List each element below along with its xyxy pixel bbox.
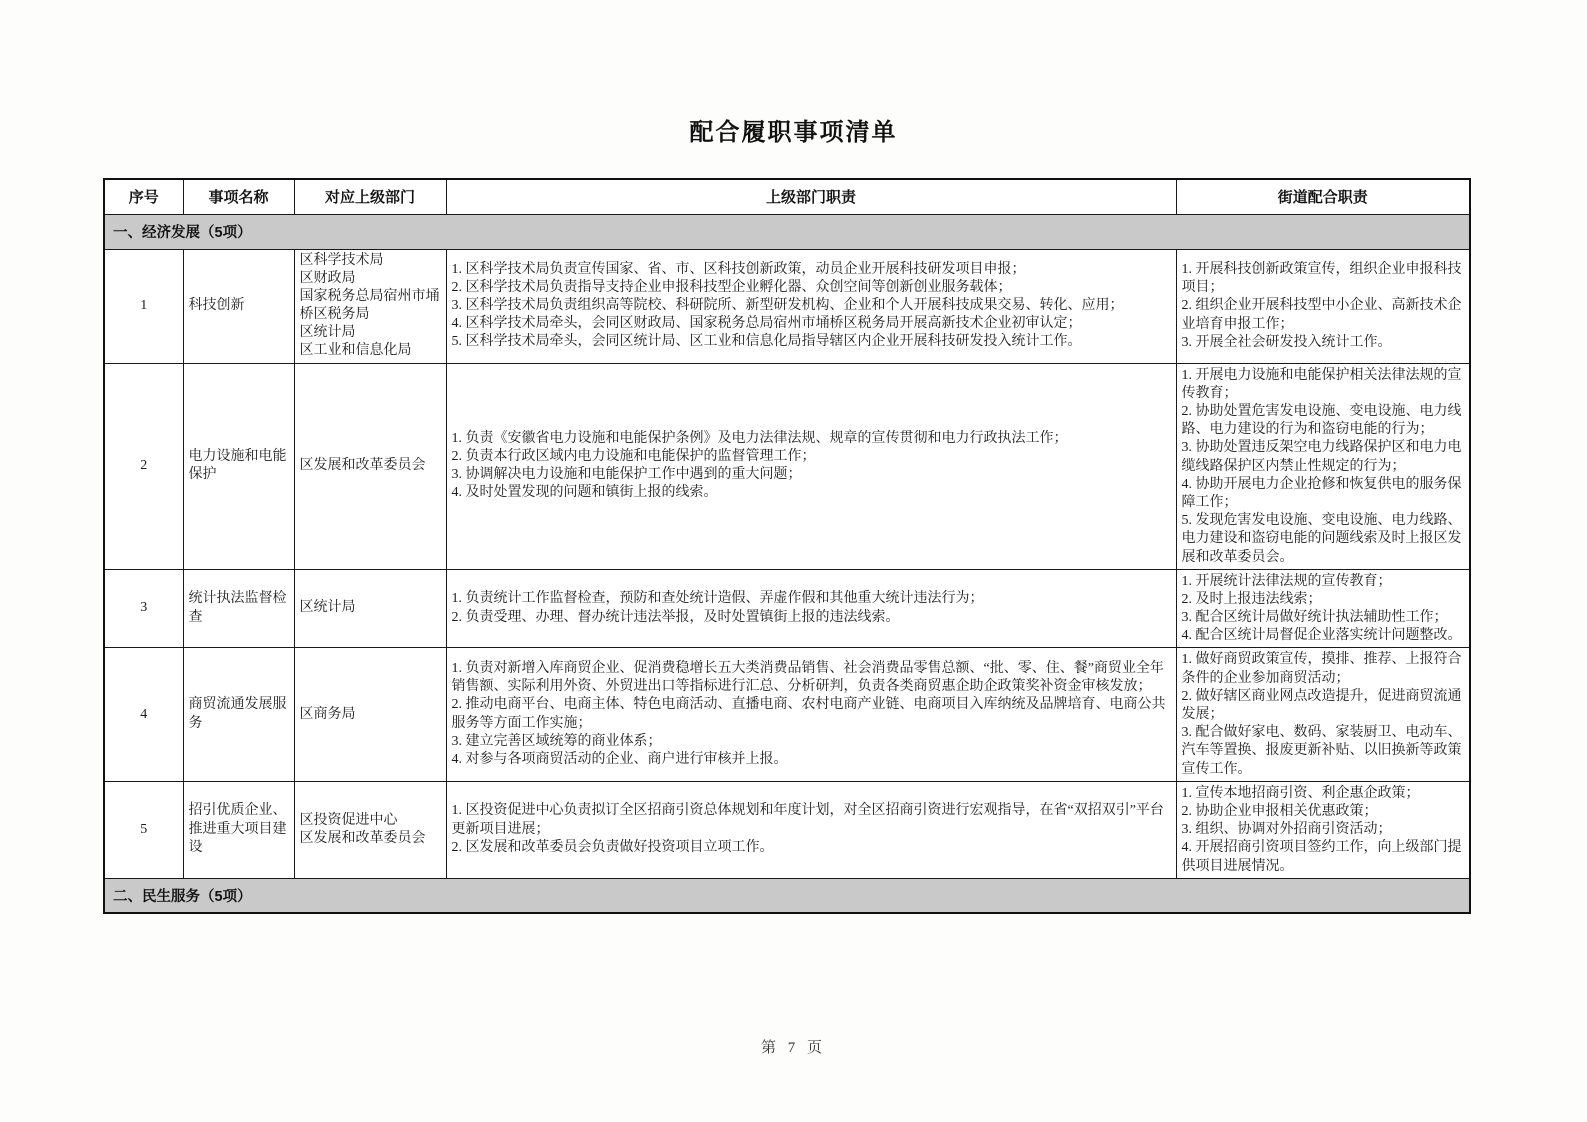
section-header-livelihood: 二、民生服务（5项）: [104, 878, 1470, 913]
cell-street-duties: 1. 开展电力设施和电能保护相关法律法规的宣传教育； 2. 协助处置危害发电设施…: [1176, 363, 1470, 569]
cell-street-duties: 1. 开展科技创新政策宣传，组织企业申报科技项目； 2. 组织企业开展科技型中小…: [1176, 249, 1470, 363]
cell-item-name: 商贸流通发展服务: [183, 648, 294, 781]
cell-dept: 区科学技术局 区财政局 国家税务总局宿州市埇桥区税务局 区统计局 区工业和信息化…: [294, 249, 446, 363]
table-header-row: 序号 事项名称 对应上级部门 上级部门职责 街道配合职责: [104, 179, 1470, 214]
cell-superior-duties: 1. 负责《安徽省电力设施和电能保护条例》及电力法律法规、规章的宣传贯彻和电力行…: [446, 363, 1176, 569]
table-row: 5 招引优质企业、推进重大项目建设 区投资促进中心 区发展和改革委员会 1. 区…: [104, 781, 1470, 878]
cell-dept: 区发展和改革委员会: [294, 363, 446, 569]
section-header-economic: 一、经济发展（5项）: [104, 214, 1470, 249]
cell-superior-duties: 1. 负责统计工作监督检查，预防和查处统计造假、弄虚作假和其他重大统计违法行为；…: [446, 569, 1176, 648]
duties-table: 序号 事项名称 对应上级部门 上级部门职责 街道配合职责 一、经济发展（5项） …: [103, 178, 1471, 914]
cell-item-name: 招引优质企业、推进重大项目建设: [183, 781, 294, 878]
cell-no: 1: [104, 249, 183, 363]
cell-superior-duties: 1. 负责对新增入库商贸企业、促消费稳增长五大类消费品销售、社会消费品零售总额、…: [446, 648, 1176, 781]
cell-item-name: 科技创新: [183, 249, 294, 363]
table-row: 3 统计执法监督检查 区统计局 1. 负责统计工作监督检查，预防和查处统计造假、…: [104, 569, 1470, 648]
table-row: 2 电力设施和电能保护 区发展和改革委员会 1. 负责《安徽省电力设施和电能保护…: [104, 363, 1470, 569]
cell-dept: 区投资促进中心 区发展和改革委员会: [294, 781, 446, 878]
cell-no: 3: [104, 569, 183, 648]
cell-superior-duties: 1. 区投资促进中心负责拟订全区招商引资总体规划和年度计划，对全区招商引资进行宏…: [446, 781, 1176, 878]
table-row: 1 科技创新 区科学技术局 区财政局 国家税务总局宿州市埇桥区税务局 区统计局 …: [104, 249, 1470, 363]
cell-no: 4: [104, 648, 183, 781]
column-header-street-duties: 街道配合职责: [1176, 179, 1470, 214]
cell-dept: 区统计局: [294, 569, 446, 648]
column-header-no: 序号: [104, 179, 183, 214]
cell-street-duties: 1. 做好商贸政策宣传，摸排、推荐、上报符合条件的企业参加商贸活动； 2. 做好…: [1176, 648, 1470, 781]
cell-street-duties: 1. 开展统计法律法规的宣传教育； 2. 及时上报违法线索； 3. 配合区统计局…: [1176, 569, 1470, 648]
column-header-item-name: 事项名称: [183, 179, 294, 214]
column-header-dept: 对应上级部门: [294, 179, 446, 214]
cell-dept: 区商务局: [294, 648, 446, 781]
page-number: 第 7 页: [0, 1036, 1587, 1057]
page-title: 配合履职事项清单: [0, 112, 1587, 147]
cell-item-name: 统计执法监督检查: [183, 569, 294, 648]
section-row-livelihood: 二、民生服务（5项）: [104, 878, 1470, 913]
section-row-economic: 一、经济发展（5项）: [104, 214, 1470, 249]
cell-no: 5: [104, 781, 183, 878]
cell-superior-duties: 1. 区科学技术局负责宣传国家、省、市、区科技创新政策，动员企业开展科技研发项目…: [446, 249, 1176, 363]
column-header-superior-duties: 上级部门职责: [446, 179, 1176, 214]
table-row: 4 商贸流通发展服务 区商务局 1. 负责对新增入库商贸企业、促消费稳增长五大类…: [104, 648, 1470, 781]
cell-street-duties: 1. 宣传本地招商引资、利企惠企政策； 2. 协助企业申报相关优惠政策； 3. …: [1176, 781, 1470, 878]
cell-no: 2: [104, 363, 183, 569]
cell-item-name: 电力设施和电能保护: [183, 363, 294, 569]
